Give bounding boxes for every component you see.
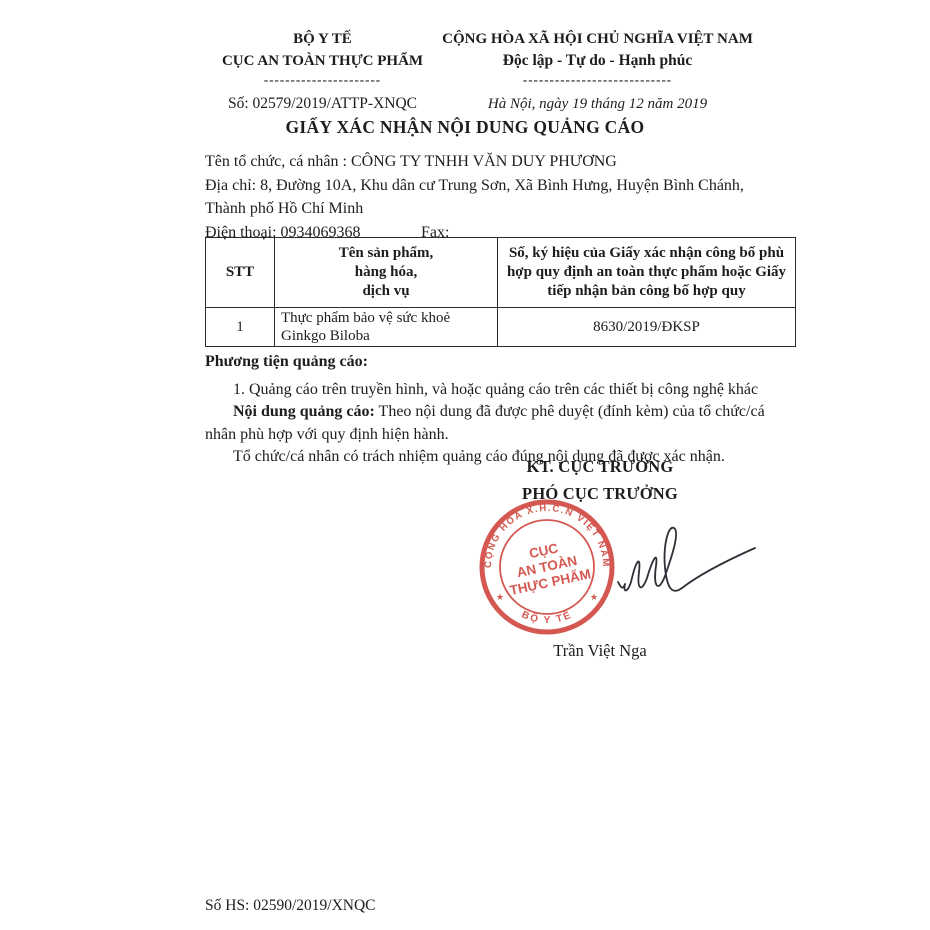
row-stt: 1 — [206, 308, 275, 347]
table-row: 1 Thực phẩm bảo vệ sức khoẻ Ginkgo Bilob… — [206, 308, 796, 347]
ministry-name: BỘ Y TẾ — [180, 28, 465, 50]
signature-title-kt: KT. CỤC TRƯỞNG — [455, 457, 745, 477]
left-divider: ---------------------- — [180, 72, 465, 87]
column-header-certificate: Số, ký hiệu của Giấy xác nhận công bố ph… — [498, 238, 796, 308]
row-product-name: Thực phẩm bảo vệ sức khoẻ Ginkgo Biloba — [275, 308, 498, 347]
stamp-star-left-icon: ★ — [496, 592, 504, 602]
organization-info: Tên tổ chức, cá nhân : CÔNG TY TNHH VĂN … — [205, 150, 782, 244]
column-header-stt: STT — [206, 238, 275, 308]
document-page: BỘ Y TẾ CỤC AN TOÀN THỰC PHẨM ----------… — [0, 0, 930, 930]
right-divider: ---------------------------- — [430, 72, 765, 87]
row-certificate-number: 8630/2019/ĐKSP — [498, 308, 796, 347]
national-motto: Độc lập - Tự do - Hạnh phúc — [430, 50, 765, 72]
place-and-date: Hà Nội, ngày 19 tháng 12 năm 2019 — [430, 94, 765, 114]
nation-name: CỘNG HÒA XÃ HỘI CHỦ NGHĨA VIỆT NAM — [430, 28, 765, 50]
header-right-block: CỘNG HÒA XÃ HỘI CHỦ NGHĨA VIỆT NAM Độc l… — [430, 28, 765, 114]
body-text: Phương tiện quảng cáo: 1. Quảng cáo trên… — [205, 351, 782, 469]
official-stamp: CỘNG HÒA X.H.C.N VIỆT NAM BỘ Y TẾ ★ ★ CỤ… — [476, 496, 618, 638]
media-label: Phương tiện quảng cáo: — [205, 351, 782, 374]
stamp-star-right-icon: ★ — [590, 592, 598, 602]
signature-stroke — [618, 528, 755, 591]
file-number: Số HS: 02590/2019/XNQC — [205, 897, 376, 915]
products-table: STT Tên sản phẩm, hàng hóa, dịch vụ Số, … — [205, 237, 796, 347]
header-left-block: BỘ Y TẾ CỤC AN TOÀN THỰC PHẨM ----------… — [180, 28, 465, 114]
signer-name: Trần Việt Nga — [455, 641, 745, 661]
page-title: GIẤY XÁC NHẬN NỘI DUNG QUẢNG CÁO — [150, 117, 780, 138]
document-number: Số: 02579/2019/ATTP-XNQC — [180, 94, 465, 114]
column-header-product: Tên sản phẩm, hàng hóa, dịch vụ — [275, 238, 498, 308]
org-name-line: Tên tổ chức, cá nhân : CÔNG TY TNHH VĂN … — [205, 150, 782, 174]
handwritten-signature — [608, 512, 763, 607]
content-paragraph: Nội dung quảng cáo: Theo nội dung đã đượ… — [205, 401, 782, 446]
media-item: 1. Quảng cáo trên truyền hình, và hoặc q… — [205, 379, 782, 402]
content-label: Nội dung quảng cáo: — [233, 403, 375, 420]
department-name: CỤC AN TOÀN THỰC PHẨM — [180, 50, 465, 72]
address-line: Địa chỉ: 8, Đường 10A, Khu dân cư Trung … — [205, 174, 782, 221]
table-header-row: STT Tên sản phẩm, hàng hóa, dịch vụ Số, … — [206, 238, 796, 308]
